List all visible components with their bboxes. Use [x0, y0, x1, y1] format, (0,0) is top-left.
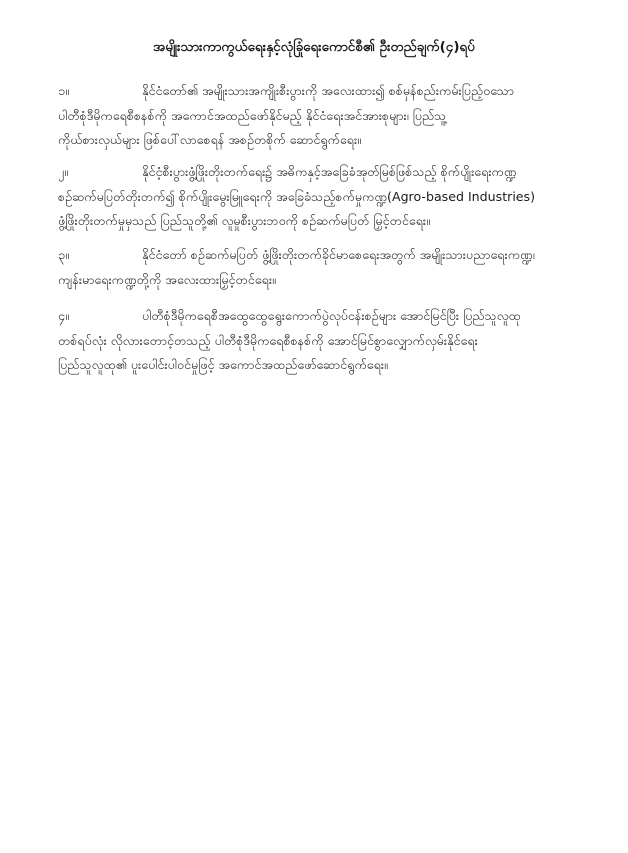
paragraph-number: ၁။	[58, 79, 142, 104]
paragraph-line: ဖွံ့ဖြိုးတိုးတက်မှုမှသည် ပြည်သူတို့၏ လူမ…	[58, 209, 593, 234]
paragraph-line: ကျန်းမာရေးကဏ္ဍတို့ကို အလေးထားမြှင့်တင်ရေ…	[58, 268, 593, 293]
document-title: အမျိုးသားကာကွယ်ရေးနှင့်လုံခြုံရေးကောင်စီ…	[0, 37, 628, 57]
paragraph-line: ၃။နိုင်ငံတော် စဉ်ဆက်မပြတ် ဖွံ့ဖြိုးတိုးတ…	[58, 243, 593, 268]
paragraph-line: ၁။နိုင်ငံတော်၏ အမျိုးသားအကျိုးစီးပွားကို…	[58, 79, 593, 104]
paragraph-text: နိုင်ငံတော် စဉ်ဆက်မပြတ် ဖွံ့ဖြိုးတိုးတက်…	[142, 247, 535, 262]
document-page: အမျိုးသားကာကွယ်ရေးနှင့်လုံခြုံရေးကောင်စီ…	[0, 0, 628, 853]
paragraph-number: ၄။	[58, 304, 142, 329]
paragraph-line: ၄။ပါတီစုံဒီမိုကရေစီအထွေထွေရွေးကောက်ပွဲလု…	[58, 304, 593, 329]
paragraph-number: ၂။	[58, 160, 142, 185]
paragraph-line: ၂။နိုင်ငံ့စီးပွားဖွံ့ဖြိုးတိုးတက်ရေး၌ အဓ…	[58, 160, 593, 185]
paragraph-line: ပါတီစုံဒီမိုကရေစီစနစ်ကို အကောင်အထည်ဖော်န…	[58, 104, 593, 129]
paragraph-text: နိုင်ငံတော်၏ အမျိုးသားအကျိုးစီးပွားကို အ…	[142, 83, 514, 98]
paragraph-text: နိုင်ငံ့စီးပွားဖွံ့ဖြိုးတိုးတက်ရေး၌ အဓိက…	[142, 164, 517, 179]
paragraph-1: ၁။နိုင်ငံတော်၏ အမျိုးသားအကျိုးစီးပွားကို…	[58, 79, 593, 153]
paragraph-line: ပြည်သူလူထု၏ ပူးပေါင်းပါဝင်မှုဖြင့် အကောင…	[58, 353, 593, 378]
paragraph-line: ကိုယ်စားလှယ်များ ဖြစ်ပေါ်လာစေရန် အစဉ်တစိ…	[58, 128, 593, 153]
paragraph-2: ၂။နိုင်ငံ့စီးပွားဖွံ့ဖြိုးတိုးတက်ရေး၌ အဓ…	[58, 160, 593, 234]
paragraph-4: ၄။ပါတီစုံဒီမိုကရေစီအထွေထွေရွေးကောက်ပွဲလု…	[58, 304, 593, 378]
paragraph-number: ၃။	[58, 243, 142, 268]
paragraph-3: ၃။နိုင်ငံတော် စဉ်ဆက်မပြတ် ဖွံ့ဖြိုးတိုးတ…	[58, 243, 593, 292]
paragraph-line: တစ်ရပ်လုံး လိုလားတောင့်တသည့် ပါတီစုံဒီမိ…	[58, 329, 593, 354]
paragraph-line: စဉ်ဆက်မပြတ်တိုးတက်၍ စိုက်ပျိုးမွေးမြူရေး…	[58, 185, 593, 210]
paragraph-text: ပါတီစုံဒီမိုကရေစီအထွေထွေရွေးကောက်ပွဲလုပ်…	[142, 308, 521, 323]
